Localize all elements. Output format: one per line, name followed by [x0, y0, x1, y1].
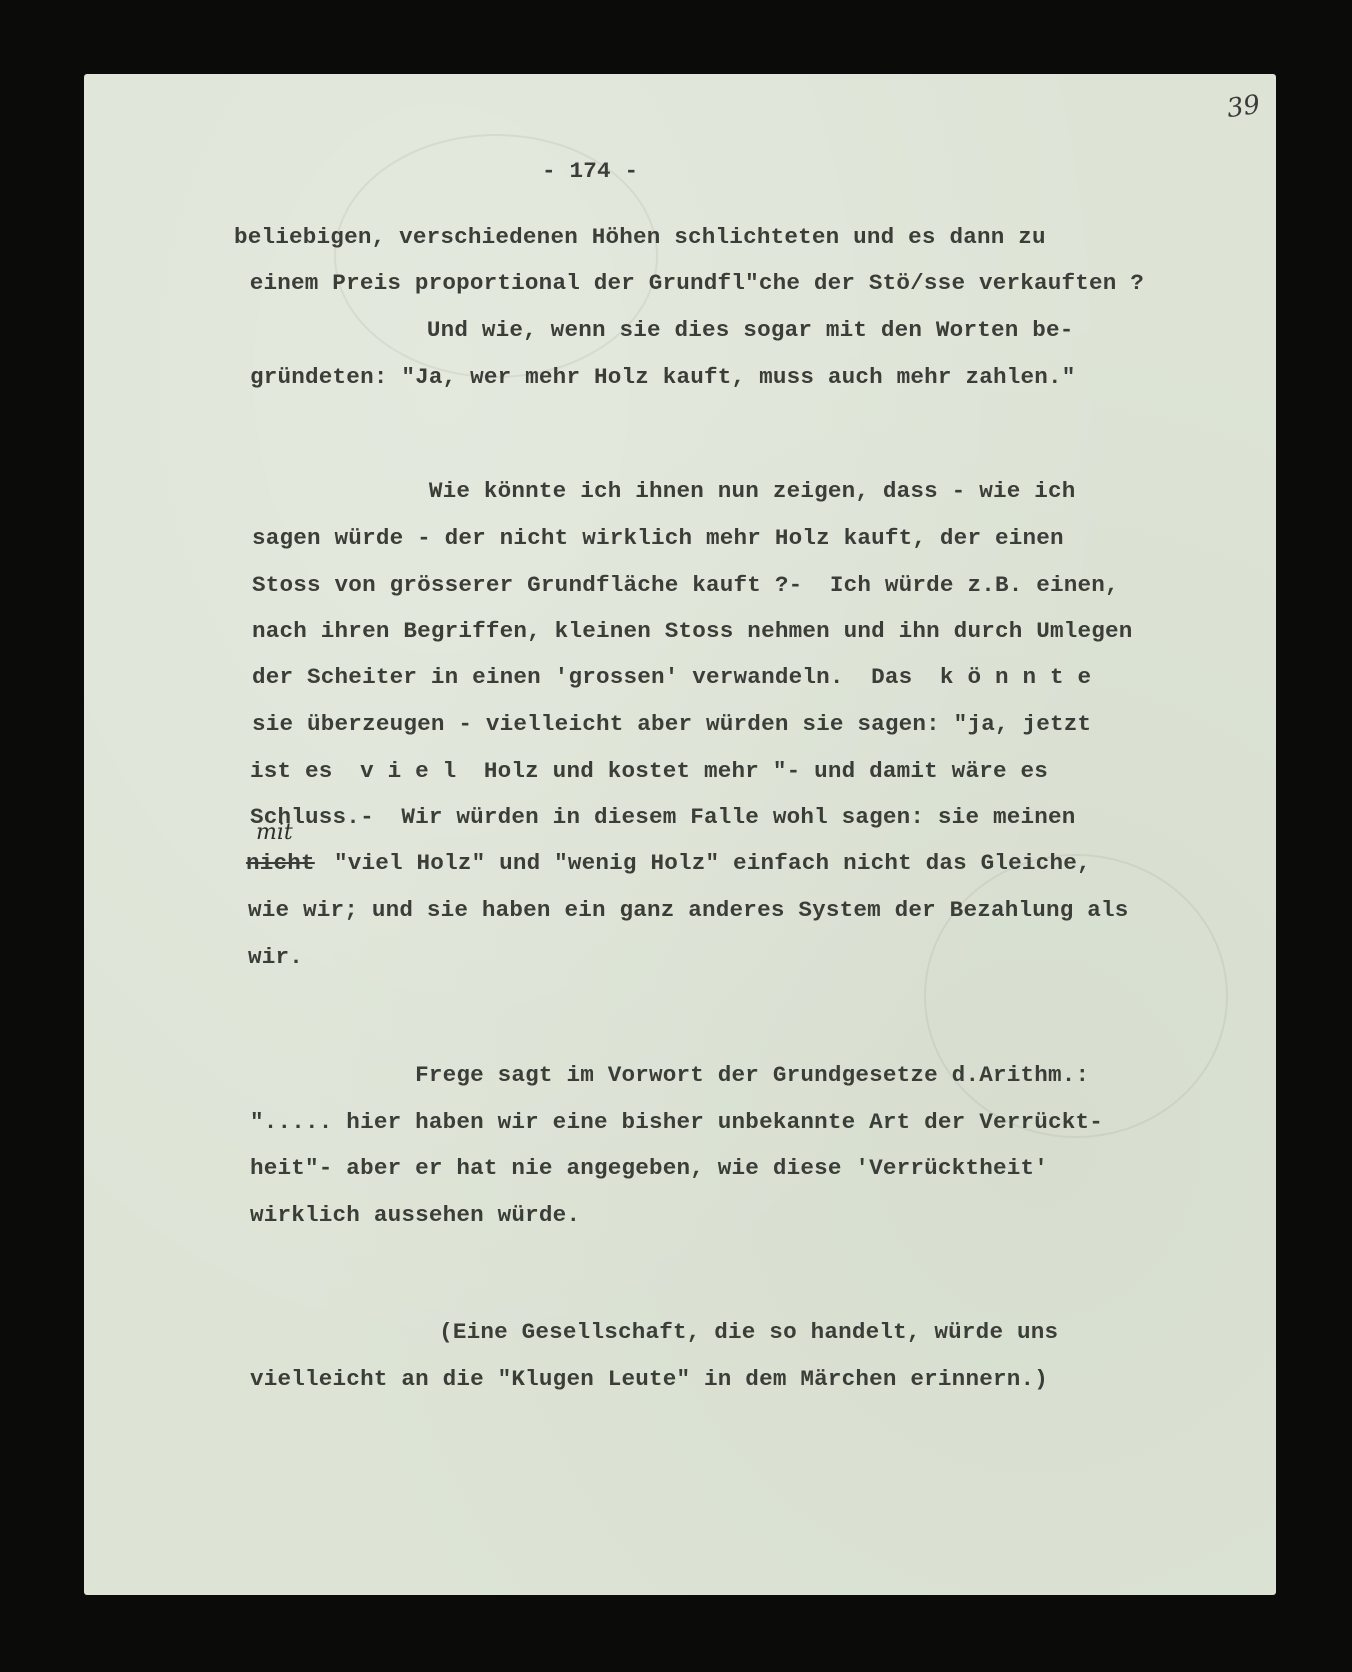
- handwritten-insertion: mit: [256, 820, 293, 845]
- text-line: der Scheiter in einen 'grossen' verwande…: [252, 666, 1091, 689]
- text-line: nach ihren Begriffen, kleinen Stoss nehm…: [252, 620, 1133, 643]
- folio-number: 39: [1225, 90, 1262, 124]
- text-line: beliebigen, verschiedenen Höhen schlicht…: [234, 226, 1046, 249]
- text-line: Und wie, wenn sie dies sogar mit den Wor…: [248, 319, 1074, 342]
- text-line: "viel Holz" und "wenig Holz" einfach nic…: [334, 852, 1091, 875]
- text-line: wir.: [248, 946, 303, 969]
- page-number: - 174 -: [542, 160, 638, 183]
- text-line: "..... hier haben wir eine bisher unbeka…: [250, 1111, 1103, 1134]
- struck-word: nicht: [246, 852, 315, 875]
- text-line: Wie könnte ich ihnen nun zeigen, dass - …: [250, 480, 1076, 503]
- text-line: heit"- aber er hat nie angegeben, wie di…: [250, 1157, 1048, 1180]
- text-line: einem Preis proportional der Grundfl"che…: [236, 272, 1144, 295]
- text-line: Schluss.- Wir würden in diesem Falle woh…: [250, 806, 1076, 829]
- text-line: gründeten: "Ja, wer mehr Holz kauft, mus…: [250, 366, 1076, 389]
- text-line: Stoss von grösserer Grundfläche kauft ?-…: [252, 574, 1119, 597]
- text-line: wirklich aussehen würde.: [250, 1204, 580, 1227]
- text-line: sie überzeugen - vielleicht aber würden …: [252, 713, 1091, 736]
- text-line: sagen würde - der nicht wirklich mehr Ho…: [252, 527, 1064, 550]
- text-line: (Eine Gesellschaft, die so handelt, würd…: [274, 1321, 1058, 1344]
- text-line: Frege sagt im Vorwort der Grundgesetze d…: [250, 1064, 1089, 1087]
- text-line: vielleicht an die "Klugen Leute" in dem …: [250, 1368, 1048, 1391]
- text-line: wie wir; und sie haben ein ganz anderes …: [248, 899, 1129, 922]
- text-line: ist es v i e l Holz und kostet mehr "- u…: [250, 760, 1048, 783]
- typescript-page: 39 - 174 - beliebigen, verschiedenen Höh…: [84, 74, 1276, 1595]
